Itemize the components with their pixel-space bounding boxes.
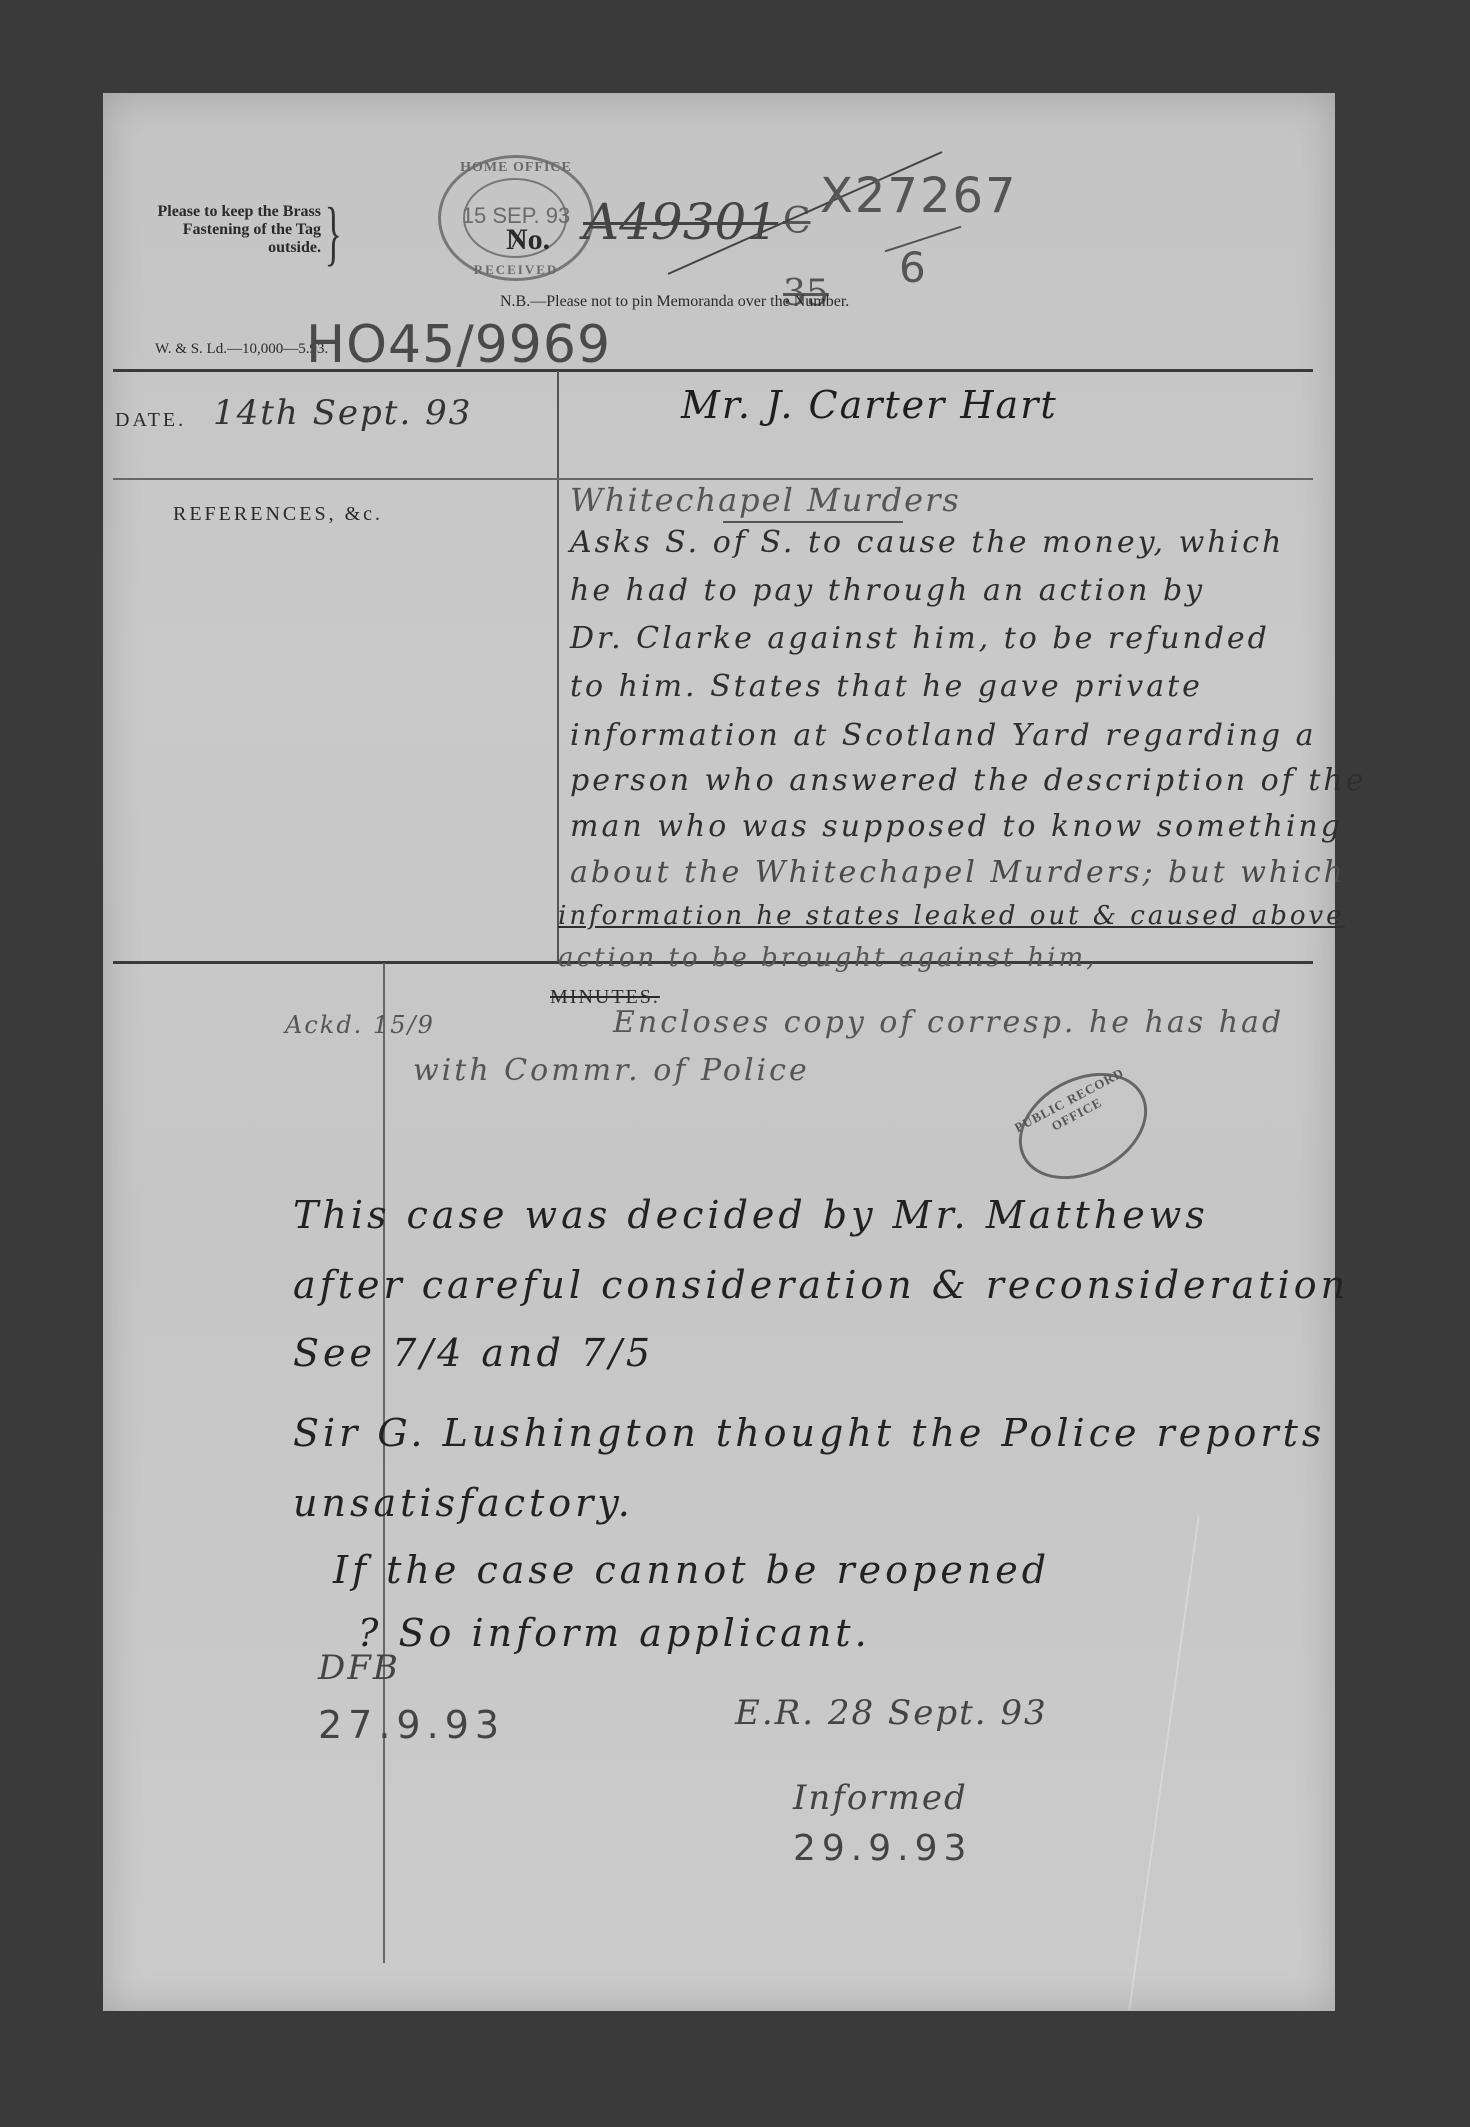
brace-glyph: } [325,193,342,273]
nb-notice: N.B.—Please not to pin Memoranda over th… [500,293,849,311]
number-label: No. [506,223,550,257]
summary-line: action to be brought against him, [558,943,1097,973]
summary-line: man who was supposed to know something [570,809,1343,844]
home-office-received-stamp: HOME OFFICE 15 SEP. 93 / RECEIVED [438,155,594,281]
minute-line: See 7/4 and 7/5 [293,1331,654,1375]
minute-line: unsatisfactory. [293,1481,634,1525]
subject-heading: Whitechapel Murders [570,481,961,519]
stamp-text: PUBLIC RECORD OFFICE [1008,1063,1138,1152]
date-label: DATE. [115,409,186,432]
second-signature: E.R. 28 Sept. 93 [735,1693,1048,1733]
old-number-struck: A49301 [583,193,778,251]
new-number: X27267 [820,168,1018,224]
minute-line: after careful consideration & reconsider… [293,1263,1349,1307]
document-page: Please to keep the Brass Fastening of th… [103,93,1335,2011]
archive-reference: HO45/9969 [306,315,611,375]
brass-fastening-notice: Please to keep the Brass Fastening of th… [151,203,321,257]
summary-line: with Commr. of Police [413,1053,810,1088]
margin-line [383,963,385,1963]
informed-date: 29.9.93 [793,1828,972,1869]
summary-line: information he states leaked out & cause… [558,901,1345,931]
subject-underline [723,521,903,523]
summary-line: to him. States that he gave private [570,669,1203,704]
correspondent-name: Mr. J. Carter Hart [681,383,1058,427]
minute-line: If the case cannot be reopened [333,1548,1050,1592]
references-label: REFERENCES, &c. [173,503,383,526]
header-rule [113,369,1313,372]
new-sub-number: 6 [899,243,926,292]
stamp-top-text: HOME OFFICE [441,160,591,176]
summary-line: information at Scotland Yard regarding a [570,718,1317,753]
summary-line: person who answered the description of t… [570,763,1366,798]
summary-line: about the Whitechapel Murders; but which [570,855,1346,890]
minute-line: Sir G. Lushington thought the Police rep… [293,1411,1325,1455]
signature-initials: DFB [318,1648,400,1688]
summary-line: Encloses copy of corresp. he has had [613,1005,1284,1040]
public-record-office-stamp: PUBLIC RECORD OFFICE [1000,1052,1165,1201]
informed-label: Informed [793,1778,968,1818]
summary-line: Dr. Clarke against him, to be refunded [570,621,1270,656]
stamp-bottom-text: RECEIVED [441,262,591,278]
column-divider [557,371,559,961]
paper-crease [1128,1515,1200,2010]
signature-date: 27.9.93 [318,1703,505,1747]
printer-line: W. & S. Ld.—10,000—5.93. [155,341,328,358]
date-value: 14th Sept. 93 [213,393,472,433]
summary-line: he had to pay through an action by [570,573,1205,608]
summary-line: Asks S. of S. to cause the money, which [570,525,1284,560]
minute-line: ? So inform applicant. [358,1611,871,1655]
acknowledged-note: Ackd. 15/9 [285,1011,435,1039]
date-rule [113,478,1313,480]
minute-line: This case was decided by Mr. Matthews [293,1193,1209,1237]
